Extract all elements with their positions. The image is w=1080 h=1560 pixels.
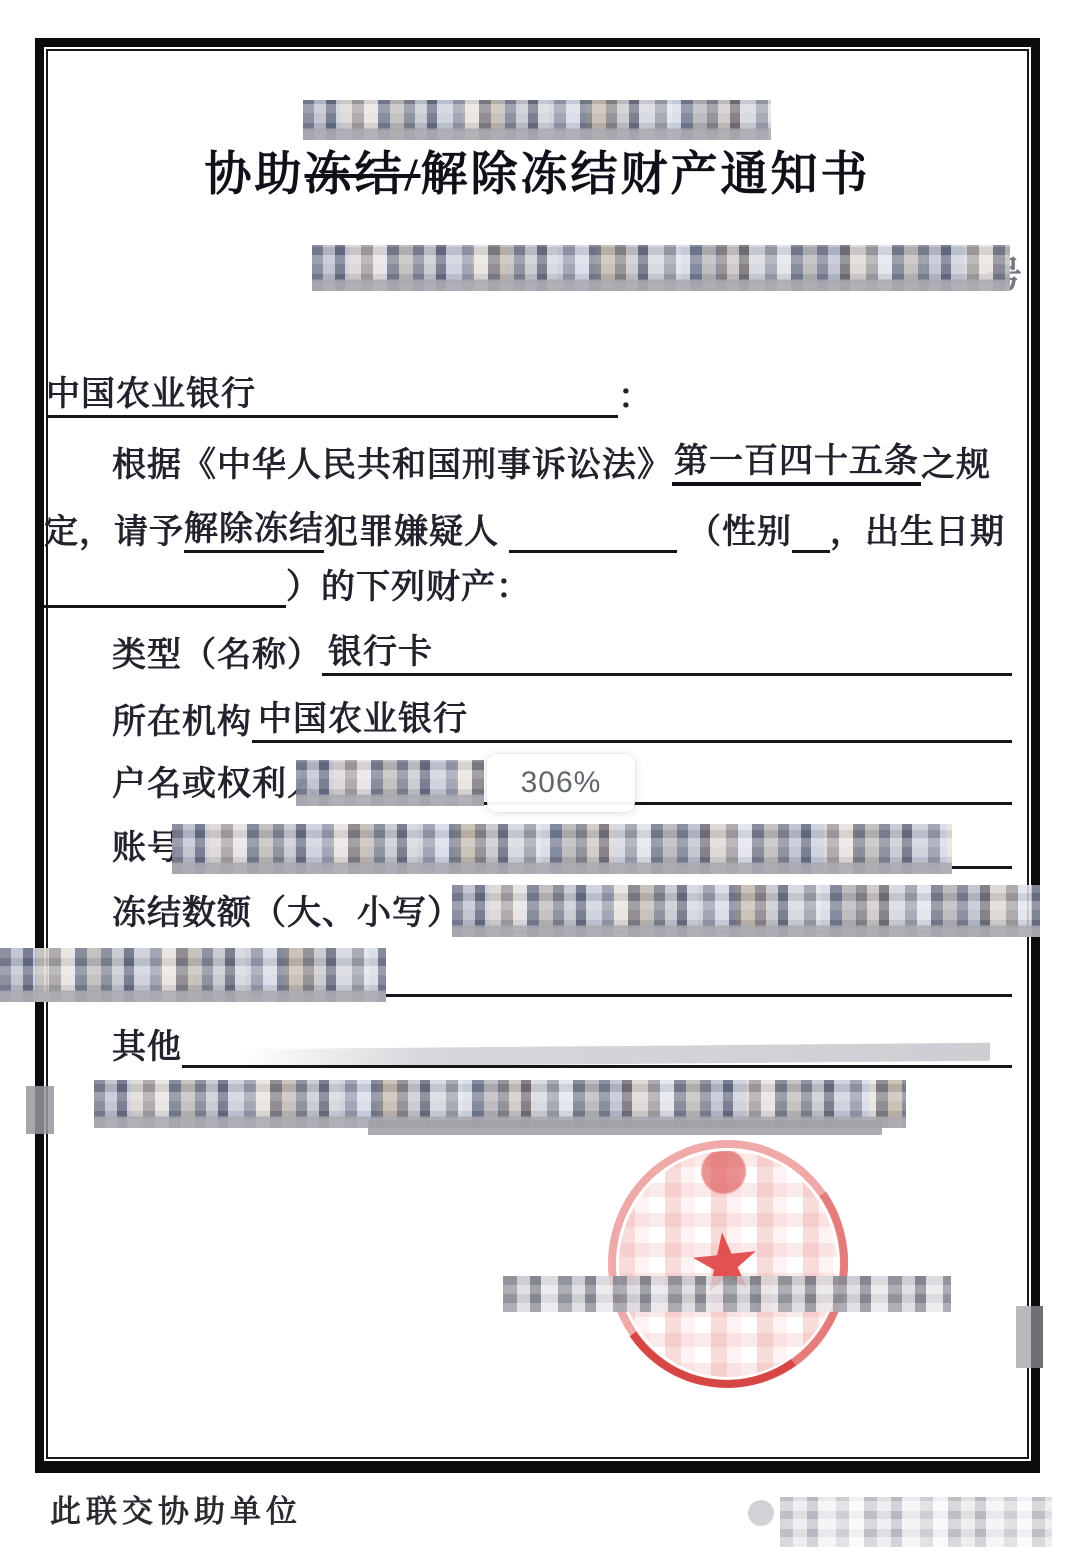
- watermark-blob: [748, 1500, 774, 1526]
- field-other-underline: [182, 1022, 1012, 1068]
- redacted-issuing-authority: [303, 100, 771, 140]
- redacted-document-number: [312, 245, 1010, 291]
- footer-note: 此联交协助单位: [50, 1486, 302, 1531]
- border-redaction-right: [1016, 1306, 1043, 1368]
- field-amount-label: 冻结数额（大、小写）: [112, 885, 462, 934]
- gender-blank: [792, 515, 830, 553]
- gender-label: （性别: [687, 504, 792, 553]
- field-type-label: 类型（名称）: [112, 627, 322, 676]
- suspect-label: 犯罪嫌疑人: [324, 504, 499, 553]
- field-org-value: 中国农业银行: [258, 691, 468, 740]
- redacted-remark-band: [368, 1120, 882, 1135]
- dob-blank: [44, 570, 286, 608]
- request-line: 定，请予解除冻结犯罪嫌疑人（性别，出生日期: [44, 507, 1005, 553]
- dob-label: ，出生日期: [830, 504, 1005, 553]
- redacted-date: [503, 1276, 951, 1312]
- document-title: 协助冻结/解除冻结财产通知书: [35, 137, 1040, 204]
- field-type-underline: 银行卡: [322, 630, 1012, 676]
- unfreeze-action: 解除冻结: [184, 501, 324, 553]
- legal-basis-text: 根据《中华人民共和国刑事诉讼法》: [112, 437, 672, 486]
- zoom-level-value: 306%: [521, 766, 602, 800]
- official-seal: [608, 1140, 848, 1388]
- property-intro-text: ）的下列财产：: [286, 559, 531, 608]
- field-other-label: 其他: [112, 1019, 182, 1068]
- recipient-underline: 中国农业银行: [46, 366, 618, 418]
- border-redaction-left: [26, 1086, 54, 1134]
- zoom-level-tooltip: 306%: [487, 754, 635, 812]
- recipient-colon: ：: [618, 369, 653, 418]
- recipient-line: 中国农业银行：: [46, 372, 653, 418]
- legal-basis-tail: 之规: [921, 437, 991, 486]
- redacted-amount: [452, 885, 1040, 937]
- field-row-other: 其他: [112, 1022, 1012, 1068]
- legal-basis-line: 根据《中华人民共和国刑事诉讼法》第一百四十五条之规: [112, 440, 991, 486]
- field-org-underline: 中国农业银行: [252, 697, 1012, 743]
- redacted-holder-name: [296, 760, 484, 806]
- redacted-watermark: [780, 1497, 1052, 1547]
- field-type-value: 银行卡: [328, 624, 433, 673]
- field-row-type: 类型（名称） 银行卡: [112, 630, 1012, 676]
- title-struck-segment: 冻结/: [304, 149, 420, 201]
- request-pre: 定，请予: [44, 504, 184, 553]
- field-row-org: 所在机构 中国农业银行: [112, 697, 1012, 743]
- suspect-name-blank: [509, 515, 677, 553]
- property-intro-line: ）的下列财产：: [44, 562, 531, 608]
- recipient-blank: [256, 377, 618, 415]
- redacted-amount-continued: [0, 948, 386, 1002]
- scanned-document-page: { "viewer": { "zoom_indicator": "306%" }…: [0, 0, 1080, 1560]
- field-org-label: 所在机构: [112, 694, 252, 743]
- recipient-name: 中国农业银行: [46, 366, 256, 415]
- field-holder-label: 户名或权利人: [112, 756, 322, 805]
- law-article: 第一百四十五条: [672, 433, 921, 486]
- title-prefix: 协助: [204, 149, 304, 201]
- redacted-account-number: [172, 824, 952, 874]
- title-suffix: 解除冻结财产通知书: [421, 149, 871, 201]
